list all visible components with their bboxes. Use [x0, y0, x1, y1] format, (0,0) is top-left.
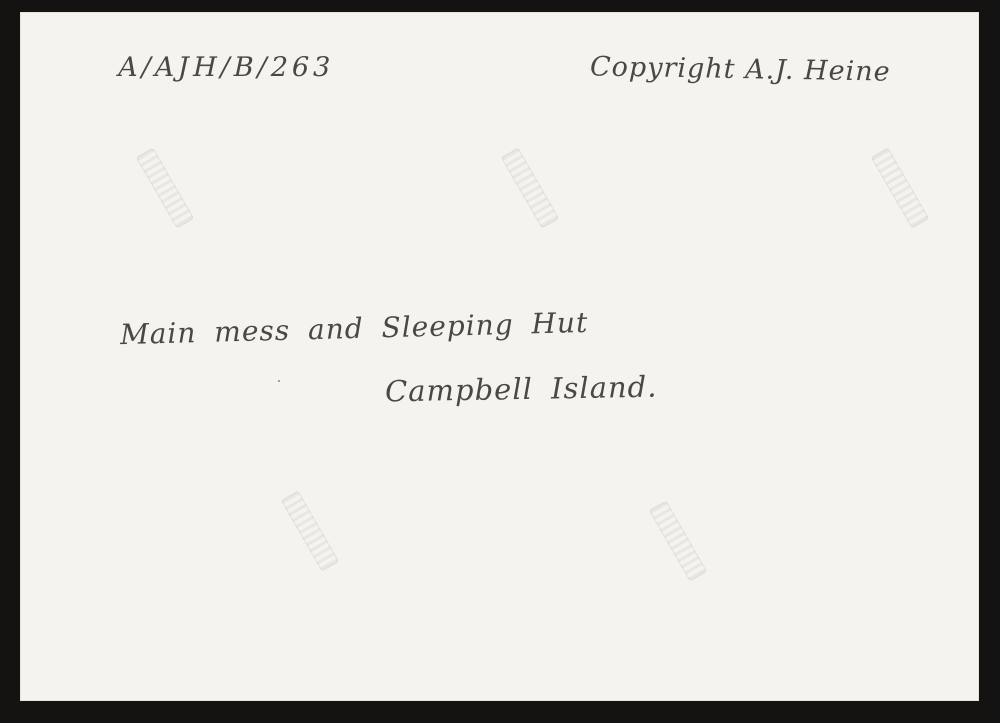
paper-watermark — [136, 147, 194, 228]
photo-card-back: A/AJH/B/263 Copyright A.J. Heine Main me… — [20, 12, 979, 701]
paper-watermark — [281, 490, 339, 571]
paper-watermark — [501, 147, 559, 228]
pencil-speck — [278, 380, 280, 382]
archive-reference-number: A/AJH/B/263 — [115, 52, 338, 83]
caption-line-2: Campbell Island. — [385, 370, 658, 409]
copyright-note: Copyright A.J. Heine — [590, 51, 891, 87]
caption-line-1: Main mess and Sleeping Hut — [120, 306, 589, 351]
paper-watermark — [649, 500, 707, 581]
paper-watermark — [871, 147, 929, 228]
